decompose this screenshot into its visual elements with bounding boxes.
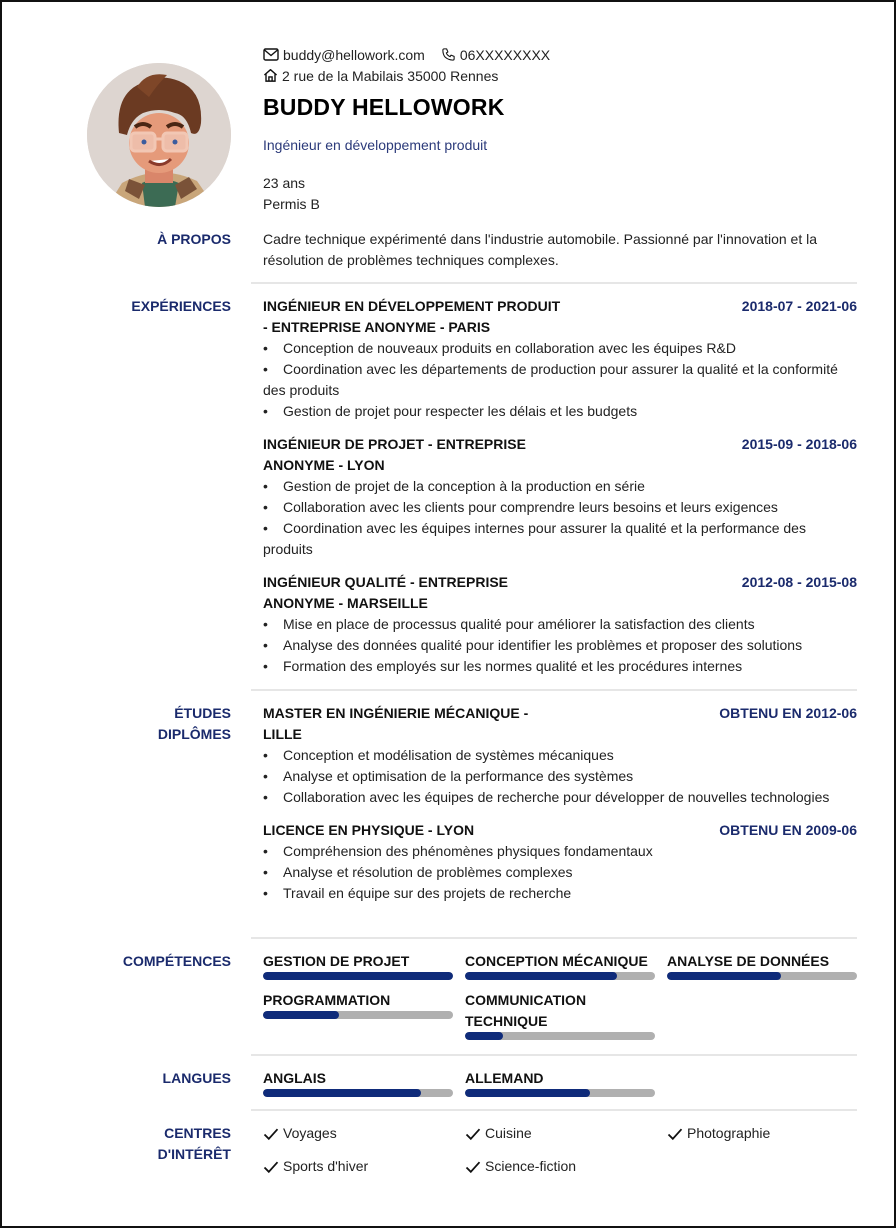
interest-label: Sports d'hiver (283, 1156, 368, 1177)
bullet-item: •Analyse des données qualité pour identi… (263, 635, 857, 656)
check-icon (667, 1127, 683, 1141)
skill-name: ALLEMAND (465, 1068, 655, 1089)
bullet-item: •Analyse et résolution de problèmes comp… (263, 862, 857, 883)
skill-level-bar (465, 972, 655, 980)
skills-grid: GESTION DE PROJETCONCEPTION MÉCANIQUEANA… (263, 951, 857, 1040)
phone-icon (441, 47, 456, 62)
check-icon (263, 1160, 279, 1174)
entry-header: LICENCE EN PHYSIQUE - LYONOBTENU EN 2009… (263, 820, 857, 841)
bullet-dot-icon: • (263, 497, 283, 518)
interest-label: Voyages (283, 1123, 337, 1144)
bullet-text: Conception de nouveaux produits en colla… (283, 340, 736, 356)
age: 23 ans (263, 173, 857, 194)
entry-title: INGÉNIEUR QUALITÉ - ENTREPRISE ANONYME -… (263, 572, 563, 614)
section-label-about: À PROPOS (92, 229, 231, 250)
bullet-text: Coordination avec les équipes internes p… (263, 520, 806, 557)
bullet-text: Analyse et résolution de problèmes compl… (283, 864, 573, 880)
phone-text[interactable]: 06XXXXXXXX (460, 47, 550, 63)
skill-level-bar (263, 1089, 453, 1097)
skill-level-bar (667, 972, 857, 980)
divider (251, 937, 857, 939)
email-contact[interactable]: buddy@hellowork.com (263, 47, 425, 63)
bullet-text: Formation des employés sur les normes qu… (283, 658, 742, 674)
resume-page: buddy@hellowork.com 06XXXXXXXX 2 rue de … (0, 0, 896, 1228)
languages-grid: ANGLAISALLEMAND (263, 1068, 857, 1097)
skill-name: COMMUNICATION TECHNIQUE (465, 990, 605, 1032)
check-icon (465, 1160, 481, 1174)
bullet-item: •Compréhension des phénomènes physiques … (263, 841, 857, 862)
skill-level-bar (465, 1032, 655, 1040)
check-icon (465, 1127, 481, 1141)
skill-level-fill (263, 1089, 421, 1097)
skill-level-bar (465, 1089, 655, 1097)
profile-photo (87, 63, 231, 207)
bullet-dot-icon: • (263, 745, 283, 766)
interest-item: Cuisine (465, 1123, 667, 1144)
bullet-text: Gestion de projet pour respecter les dél… (283, 403, 637, 419)
entry-title: INGÉNIEUR EN DÉVELOPPEMENT PRODUIT - ENT… (263, 296, 563, 338)
address-text: 2 rue de la Mabilais 35000 Rennes (282, 68, 498, 84)
skill-level-fill (263, 972, 453, 980)
entry-item: INGÉNIEUR DE PROJET - ENTREPRISE ANONYME… (263, 434, 857, 560)
entry-dates: 2015-09 - 2018-06 (742, 434, 857, 455)
skill-name: ANALYSE DE DONNÉES (667, 951, 857, 972)
bullet-item: •Mise en place de processus qualité pour… (263, 614, 857, 635)
bullet-text: Compréhension des phénomènes physiques f… (283, 843, 653, 859)
about-text: Cadre technique expérimenté dans l'indus… (263, 229, 857, 271)
bullet-text: Gestion de projet de la conception à la … (283, 478, 645, 494)
contact-line-2: 2 rue de la Mabilais 35000 Rennes (263, 65, 857, 86)
skill-level-fill (263, 1011, 339, 1019)
skill-level-fill (465, 972, 617, 980)
bullet-item: •Conception de nouveaux produits en coll… (263, 338, 857, 359)
entry-dates: OBTENU EN 2012-06 (719, 703, 857, 724)
bullet-dot-icon: • (263, 635, 283, 656)
interest-item: Photographie (667, 1123, 857, 1144)
personal-info: 23 ans Permis B (263, 173, 857, 215)
email-text[interactable]: buddy@hellowork.com (283, 47, 425, 63)
bullet-text: Collaboration avec les équipes de recher… (283, 789, 829, 805)
bullet-list: •Conception et modélisation de systèmes … (263, 745, 857, 808)
bullet-item: •Coordination avec les équipes internes … (263, 518, 857, 560)
languages-body: ANGLAISALLEMAND (263, 1068, 857, 1097)
bullet-dot-icon: • (263, 841, 283, 862)
interest-item: Sports d'hiver (263, 1156, 465, 1177)
skill-level-bar (263, 972, 453, 980)
address-contact: 2 rue de la Mabilais 35000 Rennes (263, 68, 498, 84)
skill-level-fill (667, 972, 781, 980)
entry-dates: 2018-07 - 2021-06 (742, 296, 857, 317)
interest-item: Science-fiction (465, 1156, 667, 1177)
contact-line-1: buddy@hellowork.com 06XXXXXXXX (263, 44, 857, 65)
bullet-dot-icon: • (263, 883, 283, 904)
entry-dates: 2012-08 - 2015-08 (742, 572, 857, 593)
bullet-dot-icon: • (263, 862, 283, 883)
skill-item: PROGRAMMATION (263, 990, 453, 1040)
skill-item: ANGLAIS (263, 1068, 453, 1097)
section-label-interests: CENTRESD'INTÉRÊT (92, 1123, 231, 1165)
divider (251, 689, 857, 691)
experiences-list: INGÉNIEUR EN DÉVELOPPEMENT PRODUIT - ENT… (263, 296, 857, 689)
skill-item: CONCEPTION MÉCANIQUE (465, 951, 655, 980)
entry-item: INGÉNIEUR QUALITÉ - ENTREPRISE ANONYME -… (263, 572, 857, 677)
divider (251, 1109, 857, 1111)
interests-grid: VoyagesCuisinePhotographieSports d'hiver… (263, 1123, 857, 1177)
bullet-dot-icon: • (263, 656, 283, 677)
candidate-name: BUDDY HELLOWORK (263, 94, 857, 124)
skill-name: GESTION DE PROJET (263, 951, 453, 972)
skills-body: GESTION DE PROJETCONCEPTION MÉCANIQUEANA… (263, 951, 857, 1040)
bullet-list: •Conception de nouveaux produits en coll… (263, 338, 857, 422)
bullet-text: Conception et modélisation de systèmes m… (283, 747, 614, 763)
bullet-item: •Formation des employés sur les normes q… (263, 656, 857, 677)
entry-title: MASTER EN INGÉNIERIE MÉCANIQUE - LILLE (263, 703, 543, 745)
bullet-list: •Mise en place de processus qualité pour… (263, 614, 857, 677)
divider (251, 1054, 857, 1056)
bullet-text: Travail en équipe sur des projets de rec… (283, 885, 571, 901)
education-list: MASTER EN INGÉNIERIE MÉCANIQUE - LILLEOB… (263, 703, 857, 916)
bullet-item: •Collaboration avec les équipes de reche… (263, 787, 857, 808)
entry-header: INGÉNIEUR QUALITÉ - ENTREPRISE ANONYME -… (263, 572, 857, 614)
entry-item: INGÉNIEUR EN DÉVELOPPEMENT PRODUIT - ENT… (263, 296, 857, 422)
entry-header: INGÉNIEUR DE PROJET - ENTREPRISE ANONYME… (263, 434, 857, 476)
home-icon (263, 68, 278, 83)
phone-contact[interactable]: 06XXXXXXXX (441, 47, 550, 63)
bullet-dot-icon: • (263, 401, 283, 422)
resume-header: buddy@hellowork.com 06XXXXXXXX 2 rue de … (263, 44, 857, 215)
driving-license: Permis B (263, 194, 857, 215)
bullet-text: Analyse des données qualité pour identif… (283, 637, 802, 653)
entry-title: LICENCE EN PHYSIQUE - LYON (263, 820, 543, 841)
section-label-education: ÉTUDESDIPLÔMES (92, 703, 231, 745)
bullet-text: Mise en place de processus qualité pour … (283, 616, 755, 632)
avatar-illustration (87, 63, 231, 207)
skill-level-fill (465, 1032, 503, 1040)
entry-title: INGÉNIEUR DE PROJET - ENTREPRISE ANONYME… (263, 434, 563, 476)
check-icon (263, 1127, 279, 1141)
entry-header: INGÉNIEUR EN DÉVELOPPEMENT PRODUIT - ENT… (263, 296, 857, 338)
entry-dates: OBTENU EN 2009-06 (719, 820, 857, 841)
entry-item: LICENCE EN PHYSIQUE - LYONOBTENU EN 2009… (263, 820, 857, 904)
skill-name: PROGRAMMATION (263, 990, 453, 1011)
interest-item: Voyages (263, 1123, 465, 1144)
bullet-list: •Gestion de projet de la conception à la… (263, 476, 857, 560)
skill-item: ALLEMAND (465, 1068, 655, 1097)
bullet-text: Collaboration avec les clients pour comp… (283, 499, 778, 515)
skill-item: ANALYSE DE DONNÉES (667, 951, 857, 980)
bullet-list: •Compréhension des phénomènes physiques … (263, 841, 857, 904)
bullet-dot-icon: • (263, 766, 283, 787)
bullet-item: •Collaboration avec les clients pour com… (263, 497, 857, 518)
bullet-dot-icon: • (263, 614, 283, 635)
section-label-experiences: EXPÉRIENCES (92, 296, 231, 317)
bullet-item: •Gestion de projet pour respecter les dé… (263, 401, 857, 422)
interest-label: Photographie (687, 1123, 770, 1144)
bullet-dot-icon: • (263, 338, 283, 359)
bullet-text: Coordination avec les départements de pr… (263, 361, 838, 398)
about-body: Cadre technique expérimenté dans l'indus… (263, 229, 857, 271)
bullet-item: •Coordination avec les départements de p… (263, 359, 857, 401)
skill-level-fill (465, 1089, 590, 1097)
bullet-item: •Conception et modélisation de systèmes … (263, 745, 857, 766)
bullet-text: Analyse et optimisation de la performanc… (283, 768, 633, 784)
skill-item: GESTION DE PROJET (263, 951, 453, 980)
entry-header: MASTER EN INGÉNIERIE MÉCANIQUE - LILLEOB… (263, 703, 857, 745)
interest-label: Cuisine (485, 1123, 532, 1144)
bullet-dot-icon: • (263, 359, 283, 380)
bullet-dot-icon: • (263, 518, 283, 539)
skill-level-bar (263, 1011, 453, 1019)
envelope-icon (263, 48, 279, 61)
bullet-item: •Gestion de projet de la conception à la… (263, 476, 857, 497)
bullet-dot-icon: • (263, 787, 283, 808)
skill-item: COMMUNICATION TECHNIQUE (465, 990, 655, 1040)
interests-body: VoyagesCuisinePhotographieSports d'hiver… (263, 1123, 857, 1177)
interest-label: Science-fiction (485, 1156, 576, 1177)
divider (251, 282, 857, 284)
bullet-item: •Analyse et optimisation de la performan… (263, 766, 857, 787)
job-title: Ingénieur en développement produit (263, 137, 857, 158)
bullet-item: •Travail en équipe sur des projets de re… (263, 883, 857, 904)
skill-name: CONCEPTION MÉCANIQUE (465, 951, 655, 972)
section-label-skills: COMPÉTENCES (92, 951, 231, 972)
bullet-dot-icon: • (263, 476, 283, 497)
skill-name: ANGLAIS (263, 1068, 453, 1089)
entry-item: MASTER EN INGÉNIERIE MÉCANIQUE - LILLEOB… (263, 703, 857, 808)
section-label-languages: LANGUES (92, 1068, 231, 1089)
